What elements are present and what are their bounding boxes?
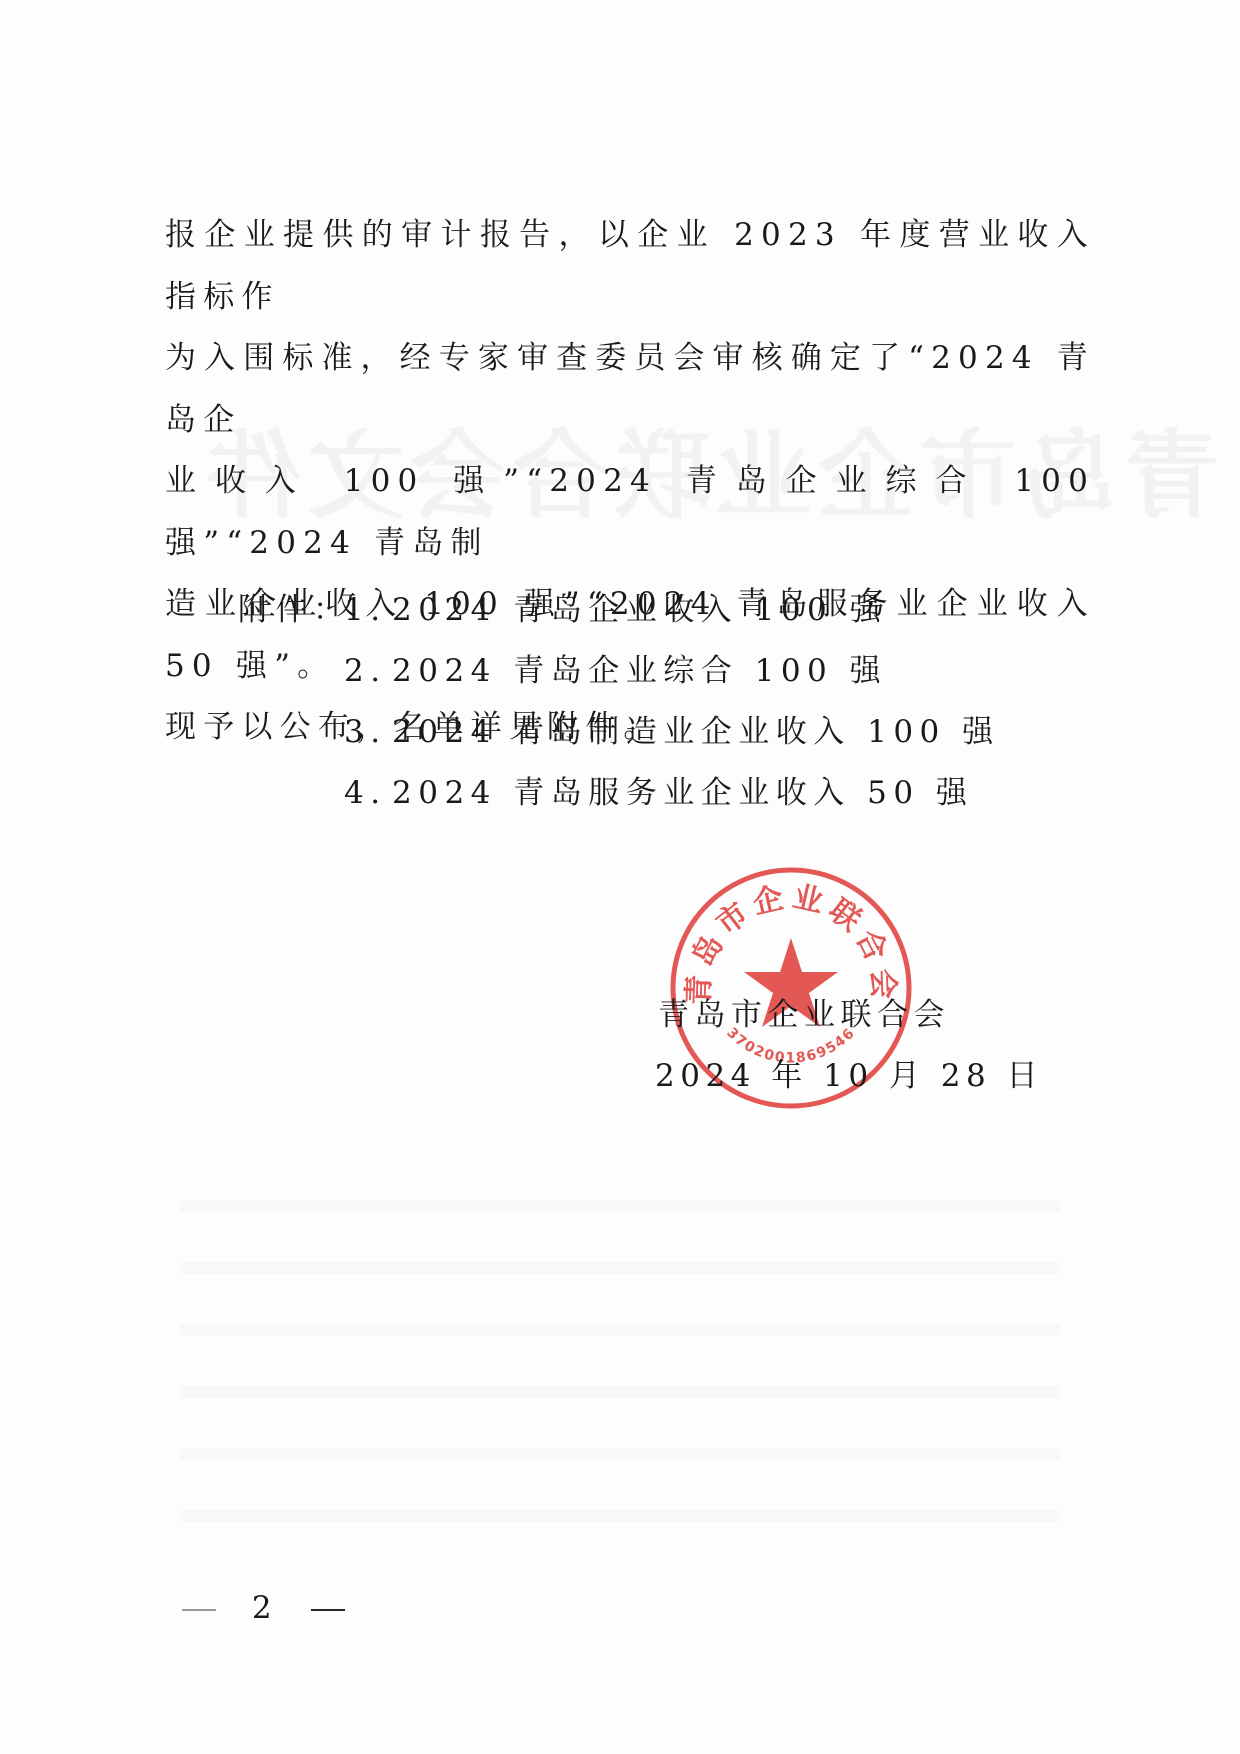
bleed-through-lines — [180, 1200, 1060, 1572]
attachment-title: 2024 青岛服务业企业收入 50 强 — [392, 763, 973, 824]
attachment-item: 3. 2024 青岛制造业企业收入 100 强 — [238, 702, 1000, 763]
page-number: 2 — [252, 1590, 276, 1626]
attachment-label: 附件： — [238, 580, 344, 641]
attachment-label-spacer — [238, 641, 344, 702]
attachment-title: 2024 青岛企业收入 100 强 — [392, 580, 887, 641]
attachment-item: 4. 2024 青岛服务业企业收入 50 强 — [238, 763, 1000, 824]
paragraph-line: 为入围标准，经专家审查委员会审核确定了“2024 青岛企 — [165, 328, 1095, 451]
paragraph-line: 报企业提供的审计报告，以企业 2023 年度营业收入指标作 — [165, 205, 1095, 328]
issue-date: 2024 年 10 月 28 日 — [655, 1046, 1043, 1107]
attachment-item: 附件： 1. 2024 青岛企业收入 100 强 — [238, 580, 1000, 641]
dash-decoration — [182, 1609, 216, 1611]
dash-decoration — [311, 1609, 345, 1611]
attachment-number: 3. — [344, 702, 392, 763]
signature-block: 青岛市企业联合会 2024 年 10 月 28 日 — [655, 985, 1043, 1107]
page-footer: 2 — [182, 1590, 345, 1626]
attachment-item: 2. 2024 青岛企业综合 100 强 — [238, 641, 1000, 702]
paragraph-line: 业收入 100 强”“2024 青岛企业综合 100 强”“2024 青岛制 — [165, 451, 1095, 574]
attachment-label-spacer — [238, 763, 344, 824]
attachment-title: 2024 青岛制造业企业收入 100 强 — [392, 702, 1000, 763]
attachment-number: 4. — [344, 763, 392, 824]
attachment-list: 附件： 1. 2024 青岛企业收入 100 强 2. 2024 青岛企业综合 … — [238, 580, 1000, 824]
document-page: 青岛市企业联合会文件 报企业提供的审计报告，以企业 2023 年度营业收入指标作… — [0, 0, 1240, 1754]
attachment-number: 2. — [344, 641, 392, 702]
issuing-organization: 青岛市企业联合会 — [655, 985, 1043, 1046]
attachment-label-spacer — [238, 702, 344, 763]
attachment-title: 2024 青岛企业综合 100 强 — [392, 641, 887, 702]
attachment-number: 1. — [344, 580, 392, 641]
